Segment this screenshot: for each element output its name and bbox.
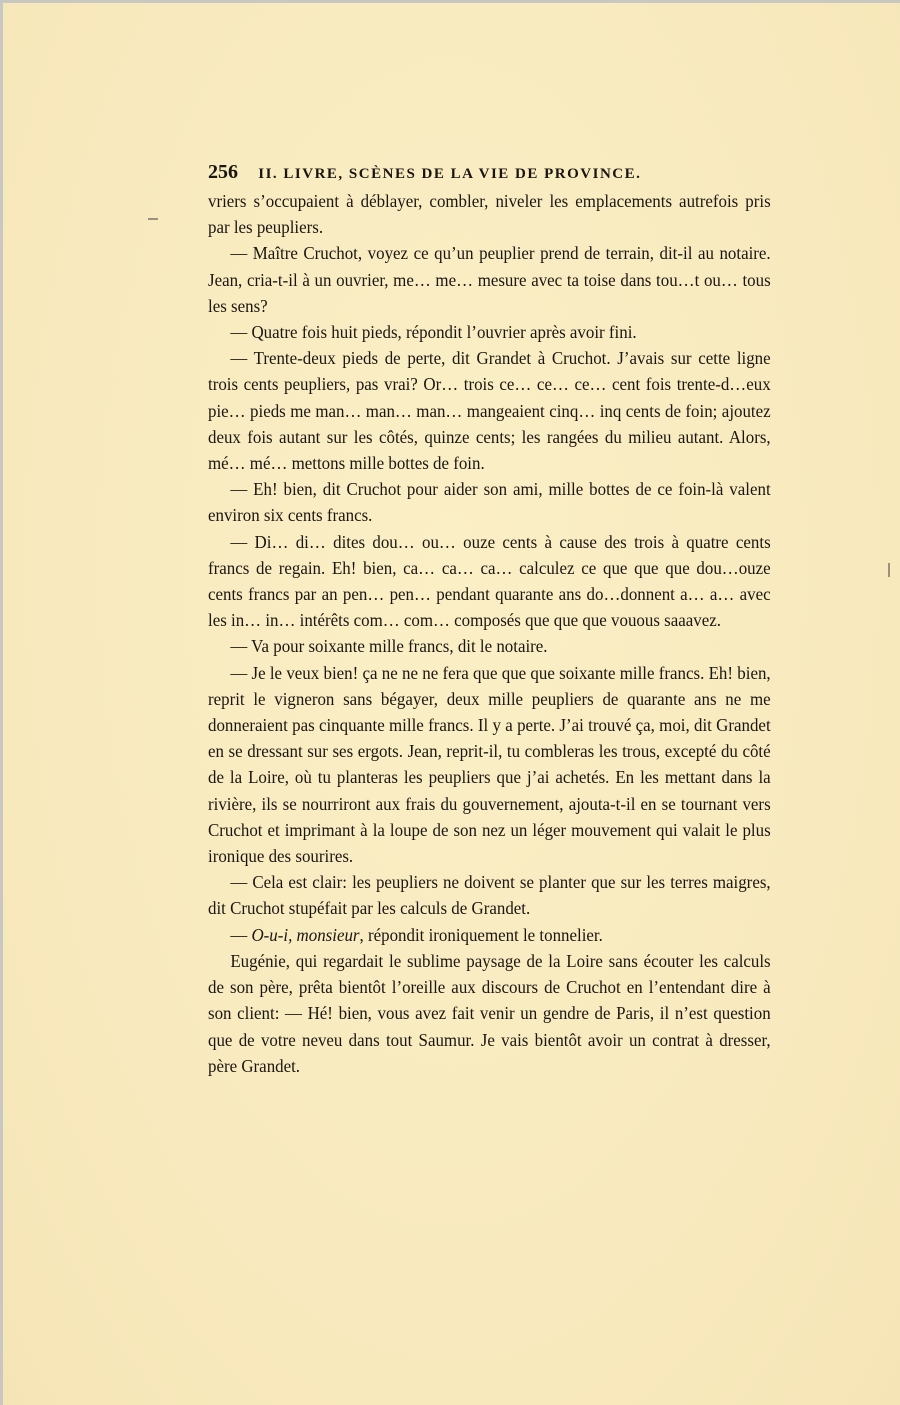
- paragraph: — Cela est clair: les peupliers ne doive…: [208, 869, 771, 921]
- page-header: 256 II. LIVRE, SCÈNES DE LA VIE DE PROVI…: [208, 161, 773, 184]
- margin-mark: [148, 218, 158, 220]
- page-number: 256: [208, 161, 238, 183]
- book-page: 256 II. LIVRE, SCÈNES DE LA VIE DE PROVI…: [3, 3, 900, 1405]
- body-text: vriers s’occupaient à déblayer, combler,…: [208, 188, 771, 1079]
- running-head: II. LIVRE, SCÈNES DE LA VIE DE PROVINCE.: [258, 166, 641, 182]
- italic-speech: O-u-i, monsieur: [251, 925, 359, 945]
- paragraph: vriers s’occupaient à déblayer, combler,…: [208, 188, 771, 240]
- dash: —: [230, 925, 251, 945]
- paragraph: — Je le veux bien! ça ne ne ne fera que …: [208, 660, 771, 870]
- paragraph: — Maître Cruchot, voyez ce qu’un peuplie…: [208, 240, 771, 319]
- speech-tail: , répondit ironiquement le tonnelier.: [360, 925, 603, 945]
- margin-mark: [888, 563, 890, 577]
- paragraph: — Trente-deux pieds de perte, dit Grande…: [208, 345, 771, 476]
- paragraph: — Quatre fois huit pieds, répondit l’ouv…: [208, 319, 771, 345]
- paragraph: — Va pour soixante mille francs, dit le …: [208, 633, 771, 659]
- paragraph: — Eh! bien, dit Cruchot pour aider son a…: [208, 476, 771, 528]
- paragraph-ironic-reply: — O-u-i, monsieur, répondit ironiquement…: [208, 922, 771, 948]
- paragraph: — Di… di… dites dou… ou… ouze cents à ca…: [208, 529, 771, 634]
- paragraph: Eugénie, qui regardait le sublime paysag…: [208, 948, 771, 1079]
